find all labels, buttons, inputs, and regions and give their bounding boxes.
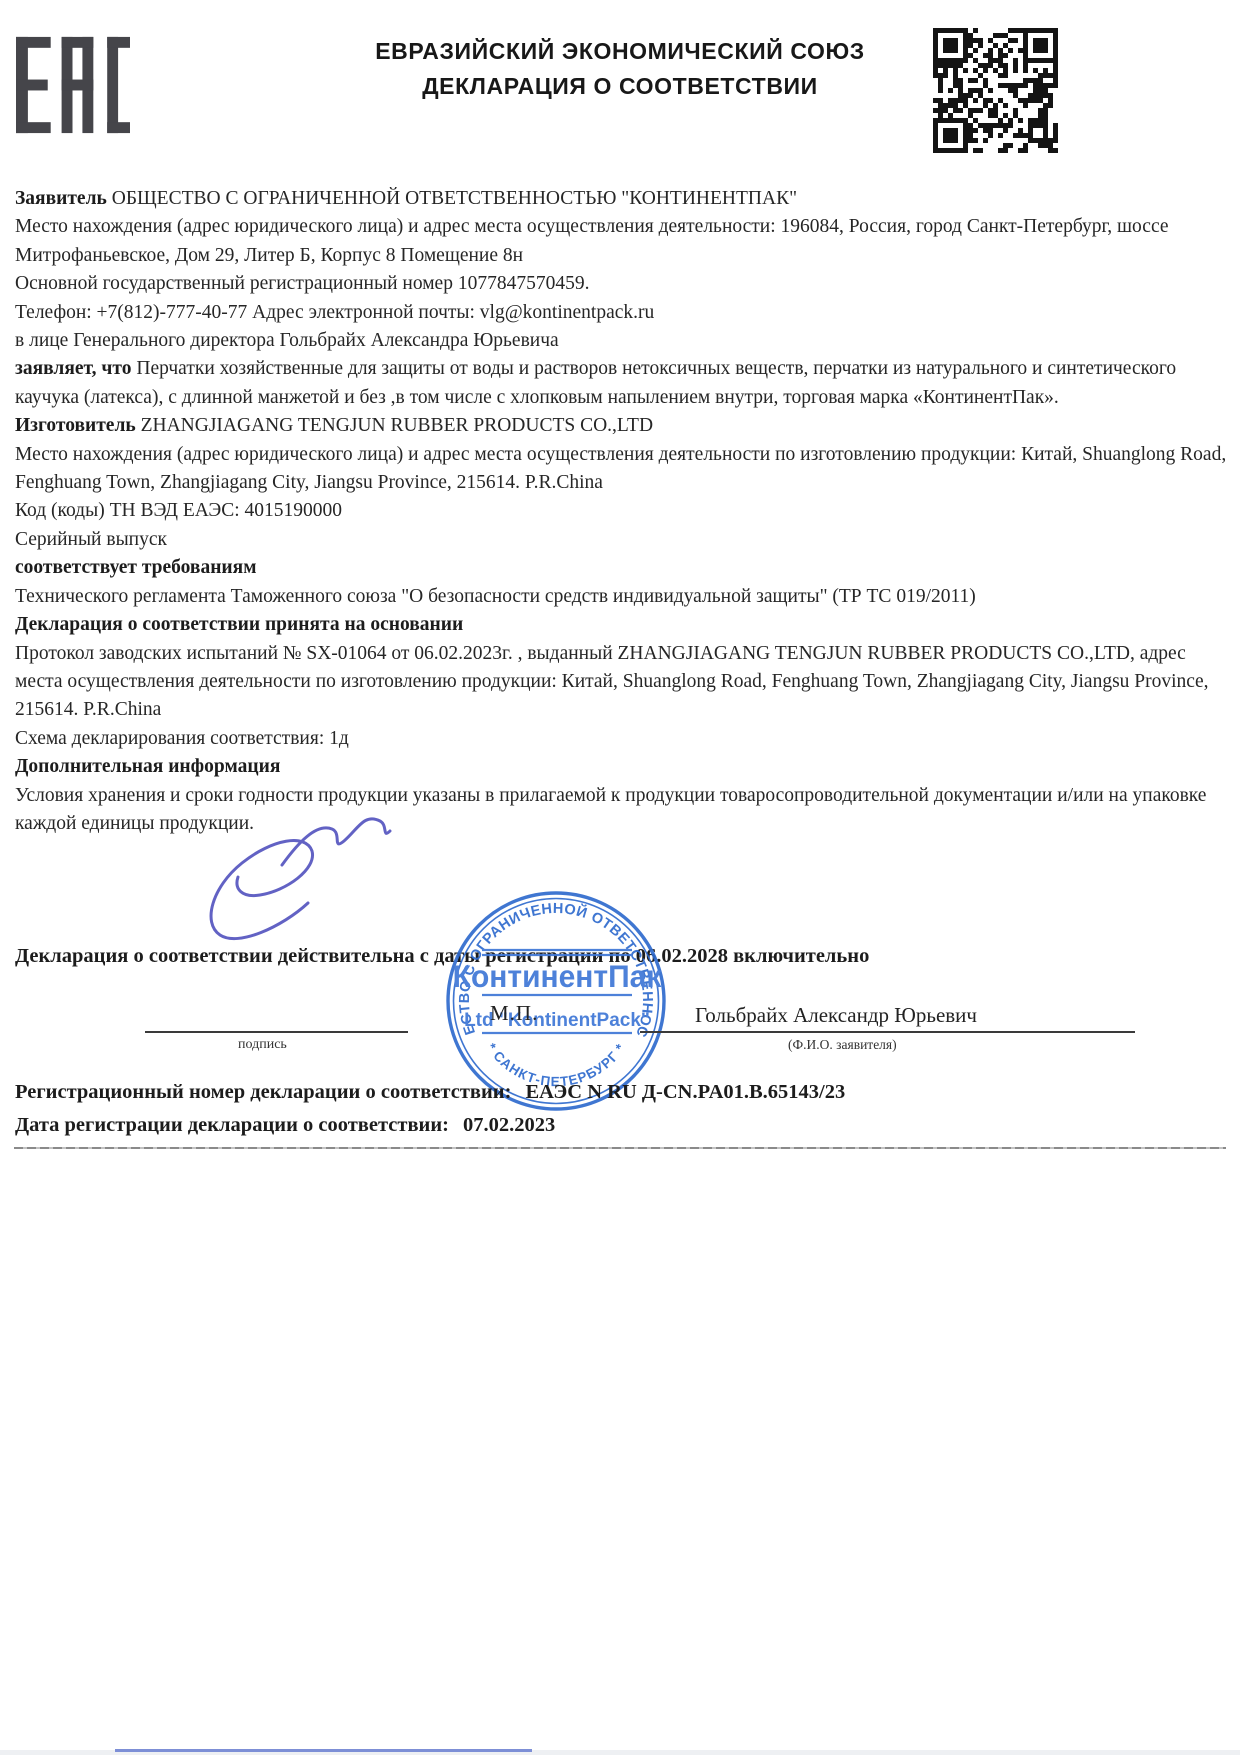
paragraph-serial: Серийный выпуск: [15, 526, 1228, 554]
registration-number-value: ЕАЭС N RU Д-CN.PA01.B.65143/23: [525, 1081, 845, 1103]
paragraph-manufacturer: Изготовитель ZHANGJIAGANG TENGJUN RUBBER…: [15, 412, 1228, 440]
paragraph-manufacturer-address: Место нахождения (адрес юридического лиц…: [15, 441, 1228, 498]
paragraph-tnved-code: Код (коды) ТН ВЭД ЕАЭС: 4015190000: [15, 497, 1228, 525]
applicant-name-caption: (Ф.И.О. заявителя): [788, 1037, 897, 1053]
paragraph-product: заявляет, что Перчатки хозяйственные для…: [15, 355, 1228, 412]
registration-date-row: Дата регистрации декларации о соответств…: [15, 1109, 845, 1142]
qr-code-icon: [933, 28, 1058, 153]
paragraph-applicant-address: Место нахождения (адрес юридического лиц…: [15, 213, 1228, 270]
registration-date-label: Дата регистрации декларации о соответств…: [15, 1114, 449, 1136]
paragraph-protocol: Протокол заводских испытаний № SX-01064 …: [15, 640, 1228, 725]
paragraph-phone-email: Телефон: +7(812)-777-40-77 Адрес электро…: [15, 299, 1228, 327]
paragraph-ogrn: Основной государственный регистрационный…: [15, 270, 1228, 298]
paragraph-applicant: Заявитель ОБЩЕСТВО С ОГРАНИЧЕННОЙ ОТВЕТС…: [15, 185, 1228, 213]
stamp-place-label: М.П.: [490, 1001, 538, 1026]
registration-block: Регистрационный номер декларации о соотв…: [15, 1076, 845, 1141]
bottom-separator-line: [14, 1147, 1226, 1149]
bottom-blue-line: [115, 1749, 532, 1752]
paragraph-director: в лице Генерального директора Гольбрайх …: [15, 327, 1228, 355]
registration-number-label: Регистрационный номер декларации о соотв…: [15, 1081, 511, 1103]
paragraph-additional-heading: Дополнительная информация: [15, 753, 1228, 781]
signature-caption: подпись: [238, 1037, 287, 1053]
stamp-center-line1: КонтинентПак: [453, 959, 662, 994]
paragraph-basis-heading: Декларация о соответствии принята на осн…: [15, 611, 1228, 639]
handwritten-signature: [190, 795, 410, 960]
declaration-document: ЕВРАЗИЙСКИЙ ЭКОНОМИЧЕСКИЙ СОЮЗ ДЕКЛАРАЦИ…: [0, 0, 1240, 1755]
paragraph-regulation: Технического регламента Таможенного союз…: [15, 583, 1228, 611]
applicant-name: Гольбрайх Александр Юрьевич: [695, 1003, 977, 1028]
signature-line: [145, 1031, 408, 1033]
paragraph-scheme: Схема декларирования соответствия: 1д: [15, 725, 1228, 753]
applicant-name-line: [640, 1031, 1135, 1033]
registration-date-value: 07.02.2023: [463, 1114, 555, 1136]
declaration-body: Заявитель ОБЩЕСТВО С ОГРАНИЧЕННОЙ ОТВЕТС…: [15, 185, 1228, 838]
registration-number-row: Регистрационный номер декларации о соотв…: [15, 1076, 845, 1109]
paragraph-complies-heading: соответствует требованиям: [15, 554, 1228, 582]
